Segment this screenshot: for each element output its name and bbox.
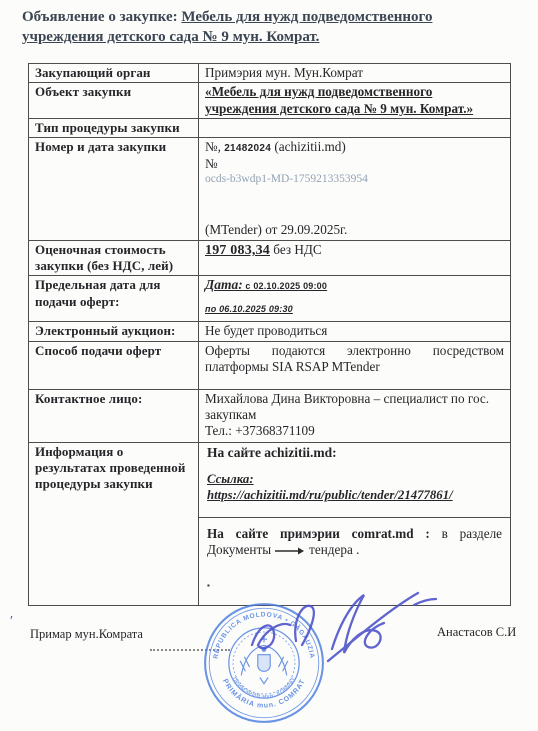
object-value-line2: учреждения детского сада № 9 мун. Комрат… (205, 101, 473, 116)
signer-title: Примар мун.Комрата (30, 627, 143, 642)
object-value: «Мебель для нужд подведомственного учреж… (199, 83, 511, 119)
table-row: Электронный аукцион: Не будет проводитьс… (29, 322, 511, 341)
ink-stray-mark: ' (7, 614, 13, 630)
buyer-label: Закупающий орган (29, 64, 199, 83)
number-prefix: №, (205, 139, 224, 154)
contact-phone: Тел.: +37368371109 (205, 423, 504, 439)
object-value-line1: «Мебель для нужд подведомственного (205, 84, 432, 99)
auction-label: Электронный аукцион: (29, 322, 199, 341)
estimated-amount: 197 083,34 (205, 243, 270, 258)
results-label: Информация о результатах проведенной про… (29, 442, 199, 605)
estimated-suffix: без НДС (270, 242, 322, 257)
procedure-type-label: Тип процедуры закупки (29, 119, 199, 138)
contact-value: Михайлова Дина Викторовна – специалист п… (199, 389, 511, 442)
auction-value: Не будет проводиться (199, 322, 511, 341)
mtender-date: (MTender) от 29.09.2025г. (205, 222, 504, 238)
procedure-type-value (199, 119, 511, 138)
results-comrat-section: На сайте примэрии comrat.md : в разделе … (199, 518, 510, 591)
results-achizitii-section: На сайте achizitii.md: Ссылка: https://a… (199, 443, 510, 518)
title-prefix: Объявление о закупке: (22, 9, 181, 25)
deadline-value: Дата: с 02.10.2025 09:00 по 06.10.2025 0… (199, 276, 511, 322)
submission-line2: платформы SIA RSAP MTender (205, 359, 504, 375)
title-subject-line2: учреждения детского сада № 9 мун. Комрат… (22, 29, 319, 45)
submission-label: Способ подачи оферт (29, 341, 199, 389)
contact-line1: Михайлова Дина Викторовна – специалист п… (205, 391, 504, 407)
deadline-date-word: Дата: (205, 277, 243, 292)
comrat-line1: На сайте примэрии comrat.md : в разделе (207, 526, 502, 542)
number-sign: № (205, 156, 504, 172)
deadline-from-line: Дата: с 02.10.2025 09:00 (205, 277, 504, 294)
contact-label: Контактное лицо: (29, 389, 199, 442)
tender-link: https://achizitii.md/ru/public/tender/21… (207, 488, 453, 502)
buyer-value: Примэрия мун. Мун.Комрат (199, 64, 511, 83)
table-row: Способ подачи оферт Оферты подаются элек… (29, 341, 511, 389)
table-row: Номер и дата закупки №, 21482024 (achizi… (29, 138, 511, 241)
procurement-table: Закупающий орган Примэрия мун. Мун.Комра… (28, 63, 511, 606)
deadline-to: по 06.10.2025 09:30 (205, 304, 293, 314)
table-row: Тип процедуры закупки (29, 119, 511, 138)
submission-line1: Оферты подаются электронно посредством (205, 343, 504, 359)
long-arrow-icon (275, 543, 305, 559)
handwritten-signature (232, 583, 442, 683)
comrat-site-bold: На сайте примэрии comrat.md (207, 526, 414, 541)
table-row: Оценочная стоимость закупки (без НДС, ле… (29, 241, 511, 276)
results-value: На сайте achizitii.md: Ссылка: https://a… (199, 442, 511, 605)
table-row: Объект закупки «Мебель для нужд подведом… (29, 83, 511, 119)
submission-value: Оферты подаются электронно посредством п… (199, 341, 511, 389)
number-date-value: №, 21482024 (achizitii.md) № ocds-b3wdp1… (199, 138, 511, 241)
contact-line2: закупкам (205, 407, 504, 423)
estimated-value: 197 083,34 без НДС (199, 241, 511, 276)
number-suffix: (achizitii.md) (271, 139, 346, 154)
page-title: Объявление о закупке: Мебель для нужд по… (22, 7, 500, 47)
achizitii-heading: На сайте achizitii.md: (207, 445, 502, 462)
table-row: Информация о результатах проведенной про… (29, 442, 511, 605)
link-label: Ссылка: (207, 472, 254, 488)
title-subject-line1: Мебель для нужд подведомственного (181, 9, 432, 25)
object-label: Объект закупки (29, 83, 199, 119)
tender-number: 21482024 (224, 143, 271, 154)
table-row: Закупающий орган Примэрия мун. Мун.Комра… (29, 64, 511, 83)
table-row: Предельная дата для подачи оферт: Дата: … (29, 276, 511, 322)
table-row: Контактное лицо: Михайлова Дина Викторов… (29, 389, 511, 442)
ocds-id: ocds-b3wdp1-MD-1759213353954 (205, 172, 504, 186)
number-date-label: Номер и дата закупки (29, 138, 199, 241)
tender-number-line: №, 21482024 (achizitii.md) (205, 139, 504, 155)
estimated-label: Оценочная стоимость закупки (без НДС, ле… (29, 241, 199, 276)
comrat-line2: Документытендера . (207, 542, 502, 559)
deadline-label: Предельная дата для подачи оферт: (29, 276, 199, 322)
deadline-from: с 02.10.2025 09:00 (243, 281, 327, 291)
signer-name: Анастасов С.И (437, 625, 516, 640)
